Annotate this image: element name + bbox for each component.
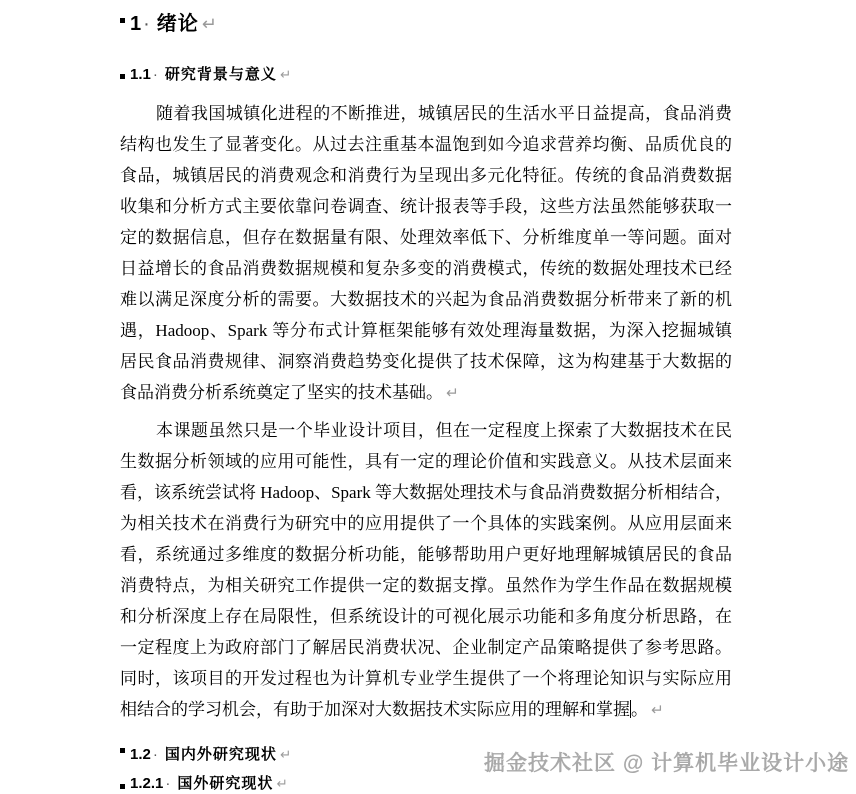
text-line[interactable]: 食品，城镇居民的消费观念和消费行为呈现出多元化特征。传统的食品消费数据 (120, 160, 732, 191)
text-line[interactable]: 日益增长的食品消费数据规模和复杂多变的消费模式，传统的数据处理技术已经 (120, 253, 732, 284)
text-line[interactable]: 一定程度上为政府部门了解居民消费状况、企业制定产品策略提供了参考思路。 (120, 632, 732, 663)
heading-chapter-1[interactable]: 1·绪论↵ (120, 12, 732, 37)
chapter-number: 1 (130, 13, 141, 35)
heading-style-square-icon (120, 74, 125, 79)
paragraph-mark: ↵ (651, 701, 664, 719)
text-line[interactable]: 居民食品消费规律、洞察消费趋势变化提供了技术保障，这为构建基于大数据的 (120, 346, 732, 377)
section-number: 1.1 (130, 66, 151, 83)
space-mark: · (153, 66, 158, 83)
text-line[interactable]: 本课题虽然只是一个毕业设计项目，但在一定程度上探索了大数据技术在民 (120, 415, 732, 446)
text-line[interactable]: 消费特点，为相关研究工作提供一定的数据支撑。虽然作为学生作品在数据规模 (120, 570, 732, 601)
text-line[interactable]: 同时，该项目的开发过程也为计算机专业学生提供了一个将理论知识与实际应用 (120, 663, 732, 694)
chapter-title: 绪论 (157, 13, 199, 35)
text-run: 。 (631, 700, 648, 719)
paragraph: 随着我国城镇化进程的不断推进，城镇居民的生活水平日益提高，食品消费结构也发生了显… (120, 98, 732, 408)
text-line[interactable]: 食品消费分析系统奠定了坚实的技术基础。↵ (120, 377, 732, 408)
paragraph-mark: ↵ (202, 14, 217, 35)
body-paragraphs: 随着我国城镇化进程的不断推进，城镇居民的生活水平日益提高，食品消费结构也发生了显… (120, 98, 732, 725)
text-line[interactable]: 相结合的学习机会，有助于加深对大数据技术实际应用的理解和掌握。↵ (120, 694, 732, 725)
space-mark: · (143, 13, 150, 35)
document-page: 1·绪论↵ 1.1·研究背景与意义↵ 随着我国城镇化进程的不断推进，城镇居民的生… (0, 0, 856, 794)
heading-style-square-icon (120, 784, 125, 789)
text-line[interactable]: 看，该系统尝试将 Hadoop、Spark 等大数据处理技术与食品消费数据分析相… (120, 477, 732, 508)
heading-style-square-icon (120, 748, 125, 753)
paragraph-mark: ↵ (446, 384, 459, 402)
document-content: 1·绪论↵ 1.1·研究背景与意义↵ 随着我国城镇化进程的不断推进，城镇居民的生… (120, 0, 732, 793)
section-number: 1.2.1 (130, 775, 163, 792)
watermark: 掘金技术社区 @ 计算机毕业设计小途 (484, 747, 849, 777)
text-run: 相结合的学习机会，有助于加深对大数据技术实际应用的理解和掌握 (120, 700, 630, 719)
heading-style-square-icon (120, 18, 125, 23)
text-line[interactable]: 随着我国城镇化进程的不断推进，城镇居民的生活水平日益提高，食品消费 (120, 98, 732, 129)
text-line[interactable]: 难以满足深度分析的需要。大数据技术的兴起为食品消费数据分析带来了新的机 (120, 284, 732, 315)
text-line[interactable]: 为相关技术在消费行为研究中的应用提供了一个具体的实践案例。从应用层面来 (120, 508, 732, 539)
text-line[interactable]: 生数据分析领域的应用可能性，具有一定的理论价值和实践意义。从技术层面来 (120, 446, 732, 477)
paragraph-mark: ↵ (280, 747, 291, 763)
paragraph-mark: ↵ (276, 776, 287, 792)
text-line[interactable]: 遇，Hadoop、Spark 等分布式计算框架能够有效处理海量数据，为深入挖掘城… (120, 315, 732, 346)
paragraph-mark: ↵ (280, 67, 291, 83)
heading-section-1-1[interactable]: 1.1·研究背景与意义↵ (120, 66, 732, 84)
space-mark: · (153, 746, 158, 763)
text-line[interactable]: 定的数据信息，但存在数据量有限、处理效率低下、分析维度单一等问题。面对 (120, 222, 732, 253)
text-line[interactable]: 收集和分析方式主要依靠问卷调查、统计报表等手段，这些方法虽然能够获取一 (120, 191, 732, 222)
text-line[interactable]: 看，系统通过多维度的数据分析功能，能够帮助用户更好地理解城镇居民的食品 (120, 539, 732, 570)
text-line[interactable]: 结构也发生了显著变化。从过去注重基本温饱到如今追求营养均衡、品质优良的 (120, 129, 732, 160)
heading-section-1-2-1[interactable]: 1.2.1·国外研究现状↵ (120, 775, 732, 793)
section-title: 研究背景与意义 (165, 66, 277, 83)
section-number: 1.2 (130, 746, 151, 763)
text-line[interactable]: 和分析深度上存在局限性，但系统设计的可视化展示功能和多角度分析思路，在 (120, 601, 732, 632)
paragraph: 本课题虽然只是一个毕业设计项目，但在一定程度上探索了大数据技术在民生数据分析领域… (120, 415, 732, 725)
space-mark: · (165, 775, 170, 792)
section-title: 国外研究现状 (177, 775, 273, 792)
section-title: 国内外研究现状 (165, 746, 277, 763)
